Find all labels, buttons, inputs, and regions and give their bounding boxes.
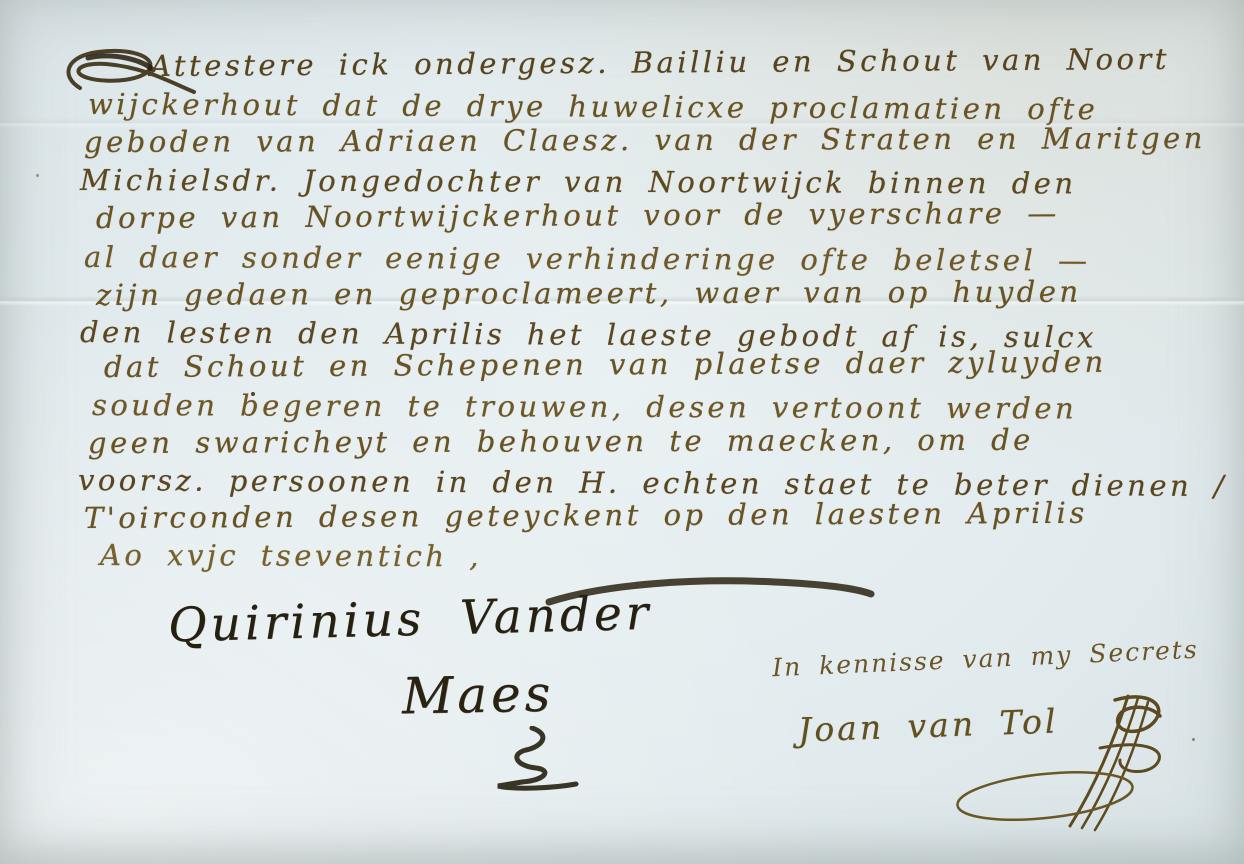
manuscript-line: wijckerhout dat de drye huwelicxe procla…	[88, 90, 1098, 124]
secretary-signature: Joan van Tol	[797, 701, 1059, 749]
manuscript-line: dat Schout en Schepenen van plaetse daer…	[104, 348, 1107, 382]
manuscript-line: geboden van Adriaen Claesz. van der Stra…	[84, 124, 1206, 157]
manuscript-line: zijn gedaen en geproclameert, waer van o…	[96, 278, 1082, 310]
manuscript-line: geen swaricheyt en behouven te maecken, …	[88, 426, 1034, 458]
signature-descender-flourish-icon	[492, 726, 582, 796]
manuscript-line: T'oirconden desen geteyckent op den laes…	[84, 499, 1088, 533]
manuscript-line: Ao xvjc tseventich ,	[100, 541, 482, 571]
principal-signature-line2: Maes	[402, 665, 555, 726]
secretary-attestation: In kennisse van my Secrets	[772, 635, 1200, 683]
principal-signature-line1: Quirinius Vander	[167, 586, 653, 654]
manuscript-line: Attestere ick ondergesz. Bailliu en Scho…	[150, 45, 1170, 81]
manuscript-page: Attestere ick ondergesz. Bailliu en Scho…	[0, 0, 1244, 864]
ink-speck	[251, 392, 255, 396]
manuscript-line: al daer sonder eenige verhinderinge ofte…	[84, 243, 1091, 276]
manuscript-line: Michielsdr. Jongedochter van Noortwijck …	[80, 166, 1077, 198]
manuscript-line: souden begeren te trouwen, desen vertoon…	[92, 391, 1077, 423]
ink-speck	[1192, 738, 1195, 741]
ink-speck	[36, 174, 39, 177]
manuscript-line: dorpe van Noortwijckerhout voor de vyers…	[96, 199, 1060, 233]
